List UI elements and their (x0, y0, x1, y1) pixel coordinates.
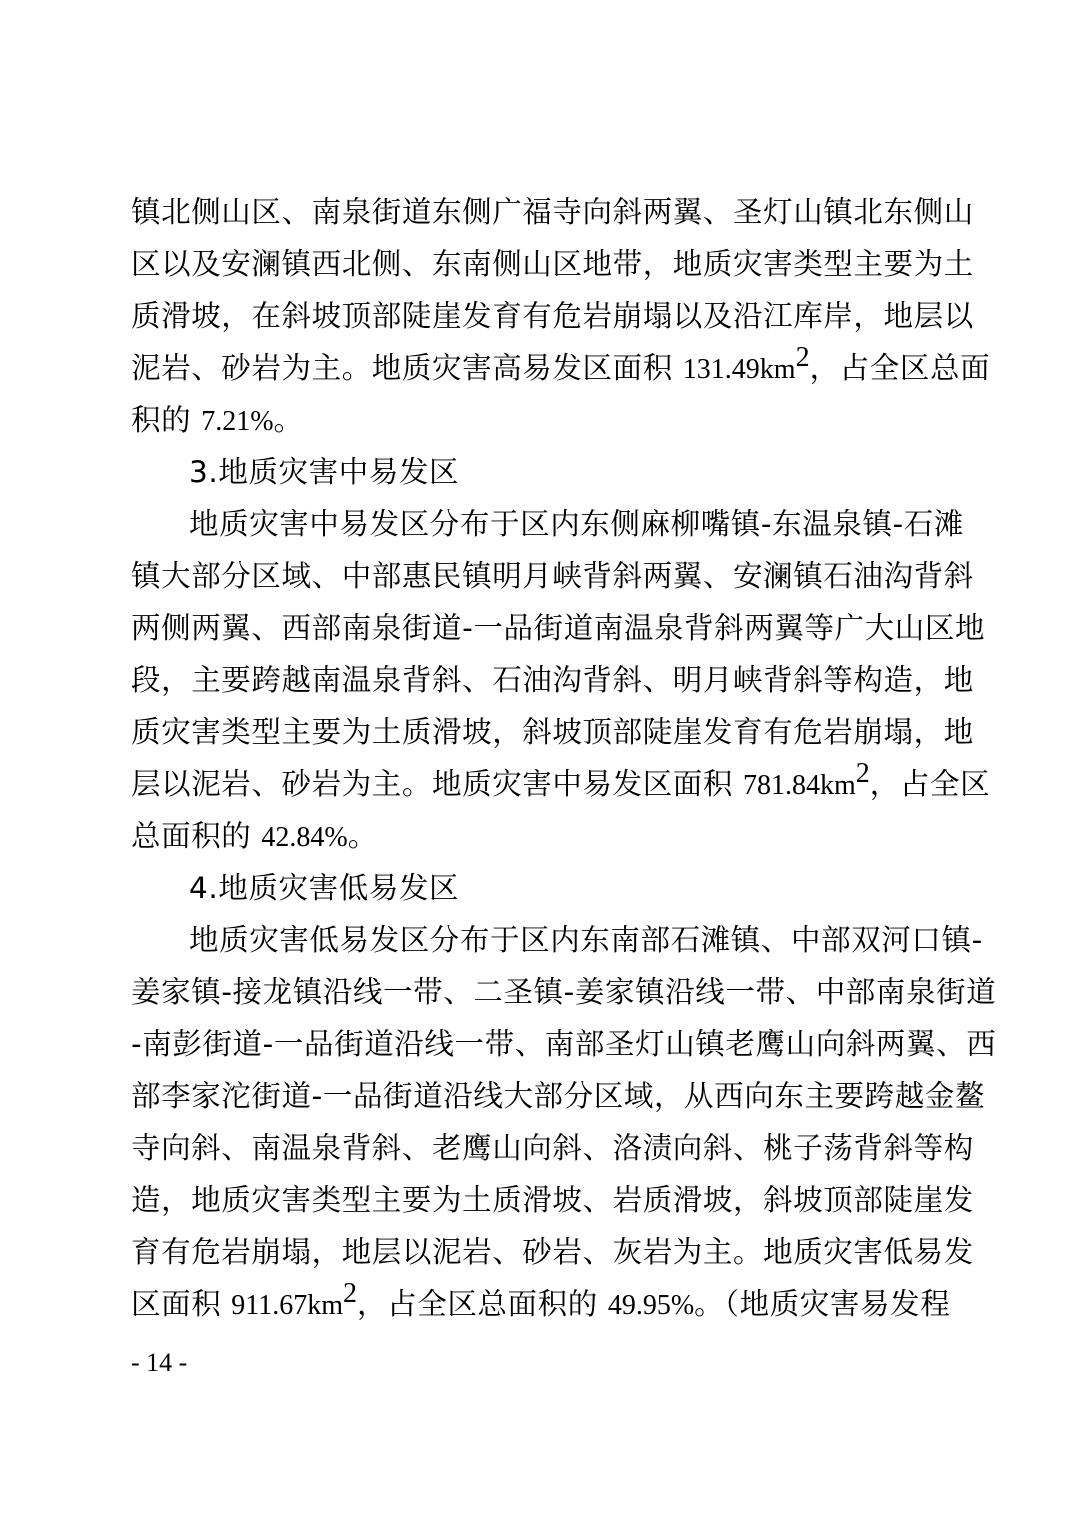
text-segment: 泥岩、砂岩为主。地质灾害高易发区面积 (131, 351, 683, 385)
section-heading-3: 3.地质灾害中易发区 (131, 446, 947, 498)
text-line: 泥岩、砂岩为主。地质灾害高易发区面积 131.49km2，占全区总面 (131, 342, 947, 394)
text-line: 造，地质灾害类型主要为土质滑坡、岩质滑坡，斜坡顶部陡崖发 (131, 1174, 947, 1226)
text-segment: 。（地质灾害易发程 (694, 1287, 950, 1321)
text-line: 镇大部分区域、中部惠民镇明月峡背斜两翼、安澜镇石油沟背斜 (131, 550, 947, 602)
text-segment: ，占全区总面积的 (357, 1287, 608, 1321)
text-line: 寺向斜、南温泉背斜、老鹰山向斜、洛渍向斜、桃子荡背斜等构 (131, 1122, 947, 1174)
section-heading-4: 4.地质灾害低易发区 (131, 862, 947, 914)
text-line: -南彭街道-一品街道沿线一带、南部圣灯山镇老鹰山向斜两翼、西 (131, 1018, 947, 1070)
text-line: 地质灾害低易发区分布于区内东南部石滩镇、中部双河口镇- (131, 914, 947, 966)
text-line: 区以及安澜镇西北侧、东南侧山区地带，地质灾害类型主要为土 (131, 238, 947, 290)
text-line: 质灾害类型主要为土质滑坡，斜坡顶部陡崖发育有危岩崩塌，地 (131, 706, 947, 758)
text-line: 镇北侧山区、南泉街道东侧广福寺向斜两翼、圣灯山镇北东侧山 (131, 186, 947, 238)
superscript: 2 (343, 1278, 357, 1309)
page-number: - 14 - (131, 1346, 187, 1380)
text-segment: 。 (348, 819, 378, 853)
text-line: 段，主要跨越南温泉背斜、石油沟背斜、明月峡背斜等构造，地 (131, 654, 947, 706)
text-segment: 区面积 (131, 1287, 231, 1321)
superscript: 2 (856, 758, 870, 789)
text-line: 地质灾害中易发区分布于区内东侧麻柳嘴镇-东温泉镇-石滩 (131, 498, 947, 550)
text-segment: ，占全区总面 (810, 351, 991, 385)
text-line: 育有危岩崩塌，地层以泥岩、砂岩、灰岩为主。地质灾害低易发 (131, 1226, 947, 1278)
percentage-value: 49.95% (608, 1290, 694, 1321)
text-segment: 层以泥岩、砂岩为主。地质灾害中易发区面积 (131, 767, 743, 801)
text-segment: ，占全区 (870, 767, 990, 801)
text-line: 区面积 911.67km2，占全区总面积的 49.95%。（地质灾害易发程 (131, 1278, 947, 1330)
document-page: 镇北侧山区、南泉街道东侧广福寺向斜两翼、圣灯山镇北东侧山 区以及安澜镇西北侧、东… (0, 0, 1074, 1520)
text-line: 层以泥岩、砂岩为主。地质灾害中易发区面积 781.84km2，占全区 (131, 758, 947, 810)
text-line: 质滑坡，在斜坡顶部陡崖发育有危岩崩塌以及沿江库岸，地层以 (131, 290, 947, 342)
text-line: 姜家镇-接龙镇沿线一带、二圣镇-姜家镇沿线一带、中部南泉街道 (131, 966, 947, 1018)
text-line: 积的 7.21%。 (131, 394, 947, 446)
percentage-value: 7.21% (201, 406, 273, 437)
text-line: 部李家沱街道-一品街道沿线大部分区域，从西向东主要跨越金鳌 (131, 1070, 947, 1122)
text-segment: 总面积的 (131, 819, 261, 853)
area-value: 781.84km (743, 770, 856, 801)
area-value: 131.49km (683, 354, 796, 385)
area-value: 911.67km (231, 1290, 343, 1321)
superscript: 2 (796, 342, 810, 373)
text-segment: 。 (274, 403, 304, 437)
body-text: 镇北侧山区、南泉街道东侧广福寺向斜两翼、圣灯山镇北东侧山 区以及安澜镇西北侧、东… (131, 186, 947, 1330)
text-segment: 积的 (131, 403, 201, 437)
text-line: 总面积的 42.84%。 (131, 810, 947, 862)
text-line: 两侧两翼、西部南泉街道-一品街道南温泉背斜两翼等广大山区地 (131, 602, 947, 654)
percentage-value: 42.84% (261, 822, 347, 853)
